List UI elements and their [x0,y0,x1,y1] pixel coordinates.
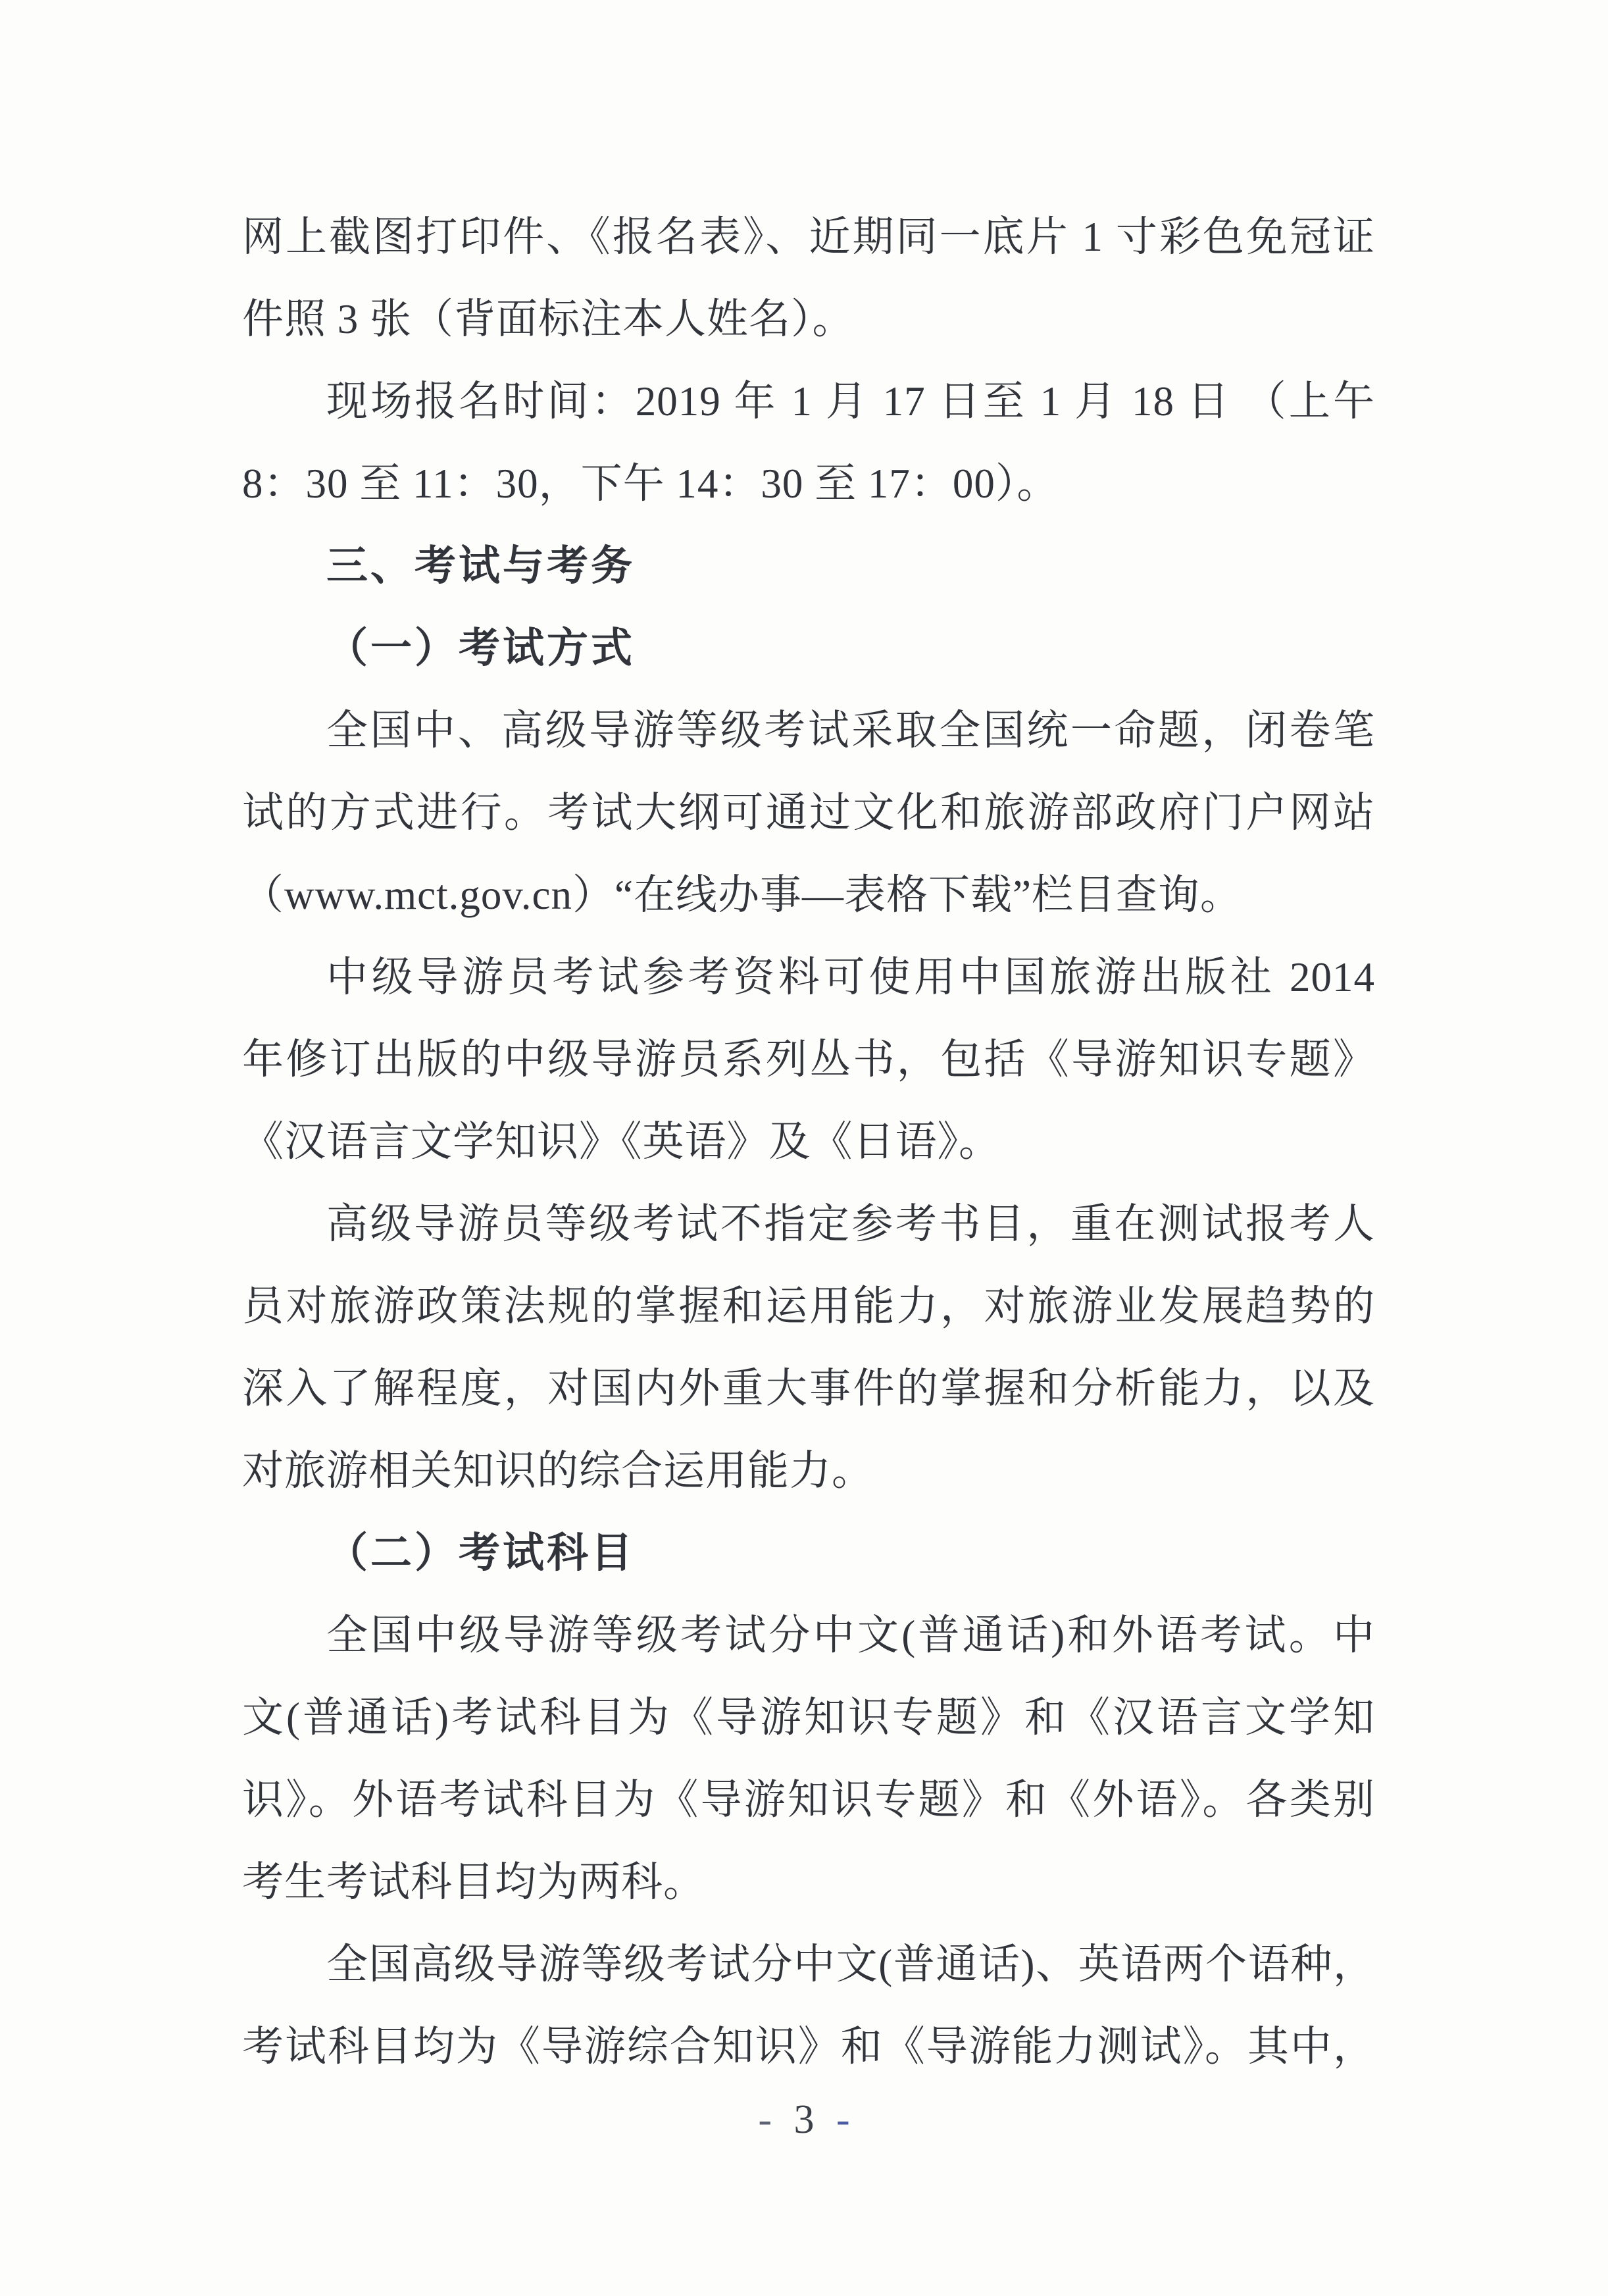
body-line: 中级导游员考试参考资料可使用中国旅游出版社 2014 [242,936,1375,1019]
subsection-heading: （二）考试科目 [242,1512,1375,1594]
page-footer: - 3 - [0,2098,1608,2141]
body-line: 件照 3 张（背面标注本人姓名）。 [242,278,1375,361]
section-heading: 三、考试与考务 [242,525,1375,607]
body-line: 《汉语言文学知识》《英语》及《日语》。 [242,1101,1375,1183]
body-line: 试的方式进行。考试大纲可通过文化和旅游部政府门户网站 [242,772,1375,854]
body-line: 现场报名时间：2019 年 1 月 17 日至 1 月 18 日 （上午 [242,361,1375,443]
page-number: 3 [794,2098,815,2141]
scanned-document-page: 网上截图打印件、《报名表》、近期同一底片 1 寸彩色免冠证件照 3 张（背面标注… [0,0,1608,2296]
body-line: 全国高级导游等级考试分中文(普通话)、英语两个语种， [242,1924,1375,2006]
body-line: 考生考试科目均为两科。 [242,1841,1375,1924]
body-line: 识》。外语考试科目为《导游知识专题》和《外语》。各类别 [242,1759,1375,1841]
body-line: 考试科目均为《导游综合知识》和《导游能力测试》。其中， [242,2006,1375,2088]
body-line: 8：30 至 11：30，下午 14：30 至 17：00）。 [242,443,1375,525]
body-line: 对旅游相关知识的综合运用能力。 [242,1430,1375,1512]
page-number-dash-right: - [836,2098,850,2141]
subsection-heading: （一）考试方式 [242,607,1375,690]
body-line: 网上截图打印件、《报名表》、近期同一底片 1 寸彩色免冠证 [242,196,1375,278]
body-line: 深入了解程度，对国内外重大事件的掌握和分析能力，以及 [242,1348,1375,1430]
document-body: 网上截图打印件、《报名表》、近期同一底片 1 寸彩色免冠证件照 3 张（背面标注… [242,196,1375,2088]
body-line: 员对旅游政策法规的掌握和运用能力，对旅游业发展趋势的 [242,1265,1375,1348]
body-line: 年修订出版的中级导游员系列丛书，包括《导游知识专题》 [242,1019,1375,1101]
body-line: （www.mct.gov.cn）“在线办事—表格下载”栏目查询。 [242,854,1375,936]
page-number-dash-left: - [758,2098,772,2141]
body-line: 高级导游员等级考试不指定参考书目，重在测试报考人 [242,1183,1375,1265]
body-line: 全国中、高级导游等级考试采取全国统一命题，闭卷笔 [242,690,1375,772]
body-line: 文(普通话)考试科目为《导游知识专题》和《汉语言文学知 [242,1677,1375,1759]
body-line: 全国中级导游等级考试分中文(普通话)和外语考试。中 [242,1594,1375,1677]
